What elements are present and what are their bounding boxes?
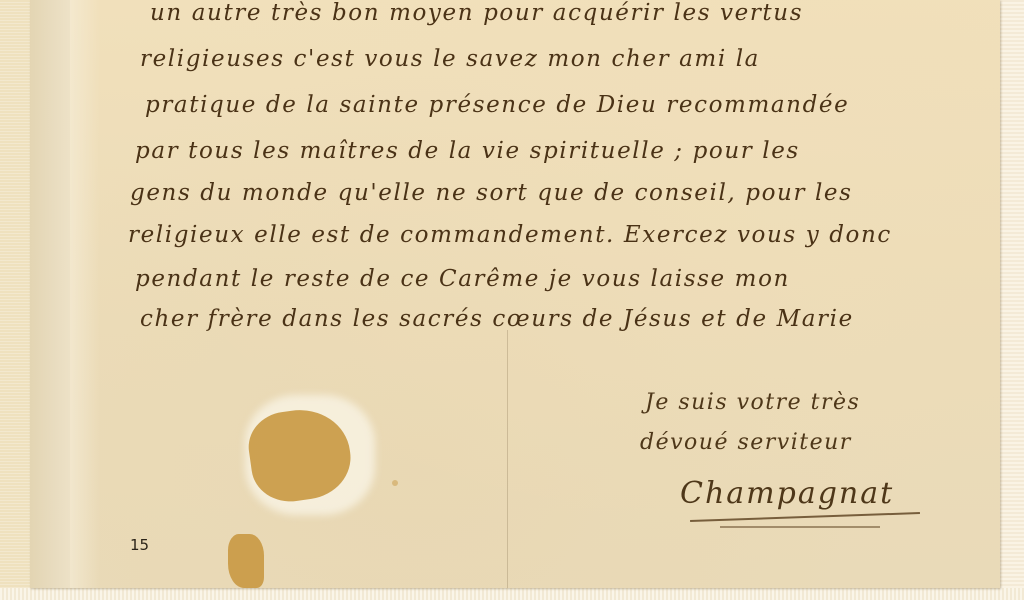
stain-speck <box>392 480 398 486</box>
letter-line-8: cher frère dans les sacrés cœurs de Jésu… <box>140 306 854 332</box>
closing-line-1: Je suis votre très <box>645 390 860 415</box>
letter-line-5: gens du monde qu'elle ne sort que de con… <box>130 180 853 206</box>
signature-flourish-2 <box>720 526 880 528</box>
page-number: 15 <box>130 536 149 554</box>
letter-line-7: pendant le reste de ce Carême je vous la… <box>135 266 790 292</box>
brown-stain-small <box>228 534 264 588</box>
letter-line-2: religieuses c'est vous le savez mon cher… <box>140 46 760 72</box>
letter-line-6: religieux elle est de commandement. Exer… <box>128 222 892 248</box>
letter-line-4: par tous les maîtres de la vie spirituel… <box>135 138 800 164</box>
letter-line-1: un autre très bon moyen pour acquérir le… <box>150 0 803 26</box>
letter-line-3: pratique de la sainte présence de Dieu r… <box>145 92 849 118</box>
closing-line-2: dévoué serviteur <box>640 430 852 455</box>
right-mount-edge <box>1000 0 1024 600</box>
paper-faded-band <box>70 0 100 588</box>
paper-fold-line <box>507 330 508 588</box>
signature: Champagnat <box>680 476 894 511</box>
paper-binding-strip <box>30 0 70 588</box>
bottom-mount-edge <box>0 588 1024 600</box>
